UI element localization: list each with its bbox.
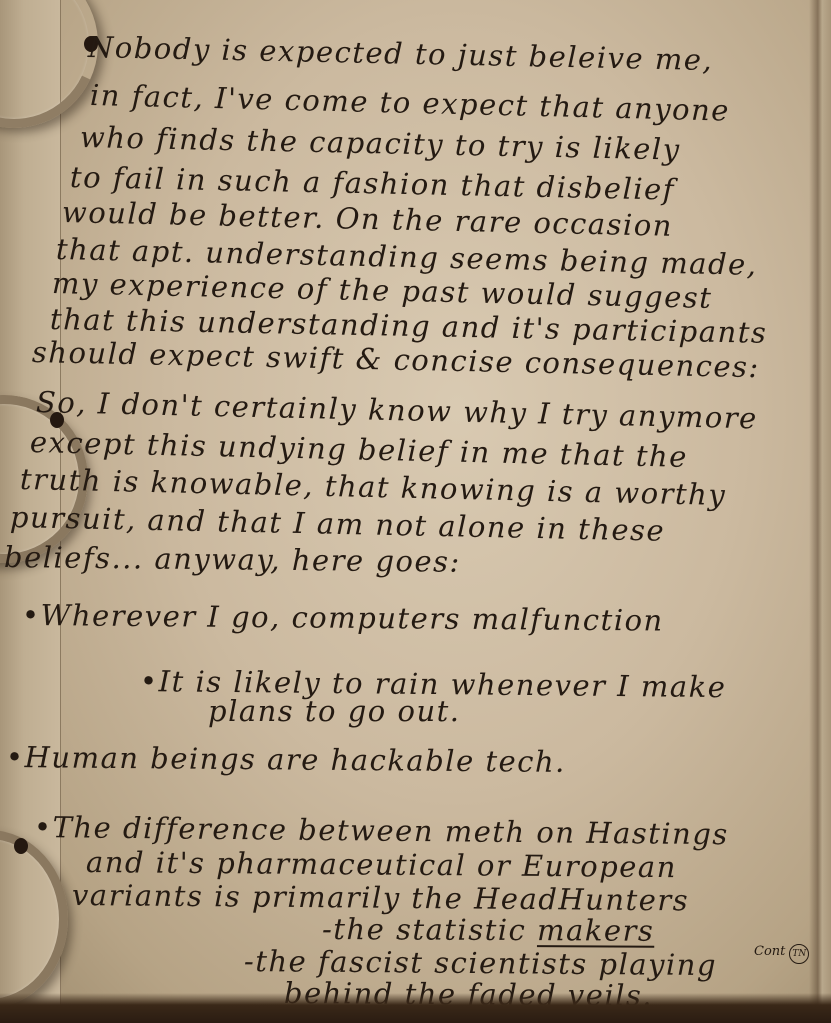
intro-line-3: who finds the capacity to try is likely: [80, 120, 681, 167]
margin-annotation: ContTN: [754, 944, 809, 964]
bullet-computers: •Wherever I go, computers malfunction: [22, 598, 664, 638]
sub-item-prefix: -the statistic: [322, 912, 537, 947]
bullet-human: •Human beings are hackable tech.: [6, 740, 566, 779]
sub-item-statistic-makers: -the statistic makers: [322, 912, 655, 948]
para2-line-5: beliefs... anyway, here goes:: [4, 540, 461, 579]
bullet-rain-continuation: plans to go out.: [208, 694, 461, 728]
intro-line-2: in fact, I've come to expect that anyone: [90, 78, 731, 128]
intro-line-1: Nobody is expected to just beleive me,: [88, 30, 714, 77]
page-bottom-shadow: [0, 993, 831, 1023]
handwritten-text: Nobody is expected to just beleive me, i…: [0, 0, 831, 1023]
circled-mark: TN: [789, 944, 809, 964]
underlined-word: makers: [537, 913, 654, 948]
annotation-text: Cont: [754, 944, 785, 959]
notebook-page-photo: Nobody is expected to just beleive me, i…: [0, 0, 831, 1023]
